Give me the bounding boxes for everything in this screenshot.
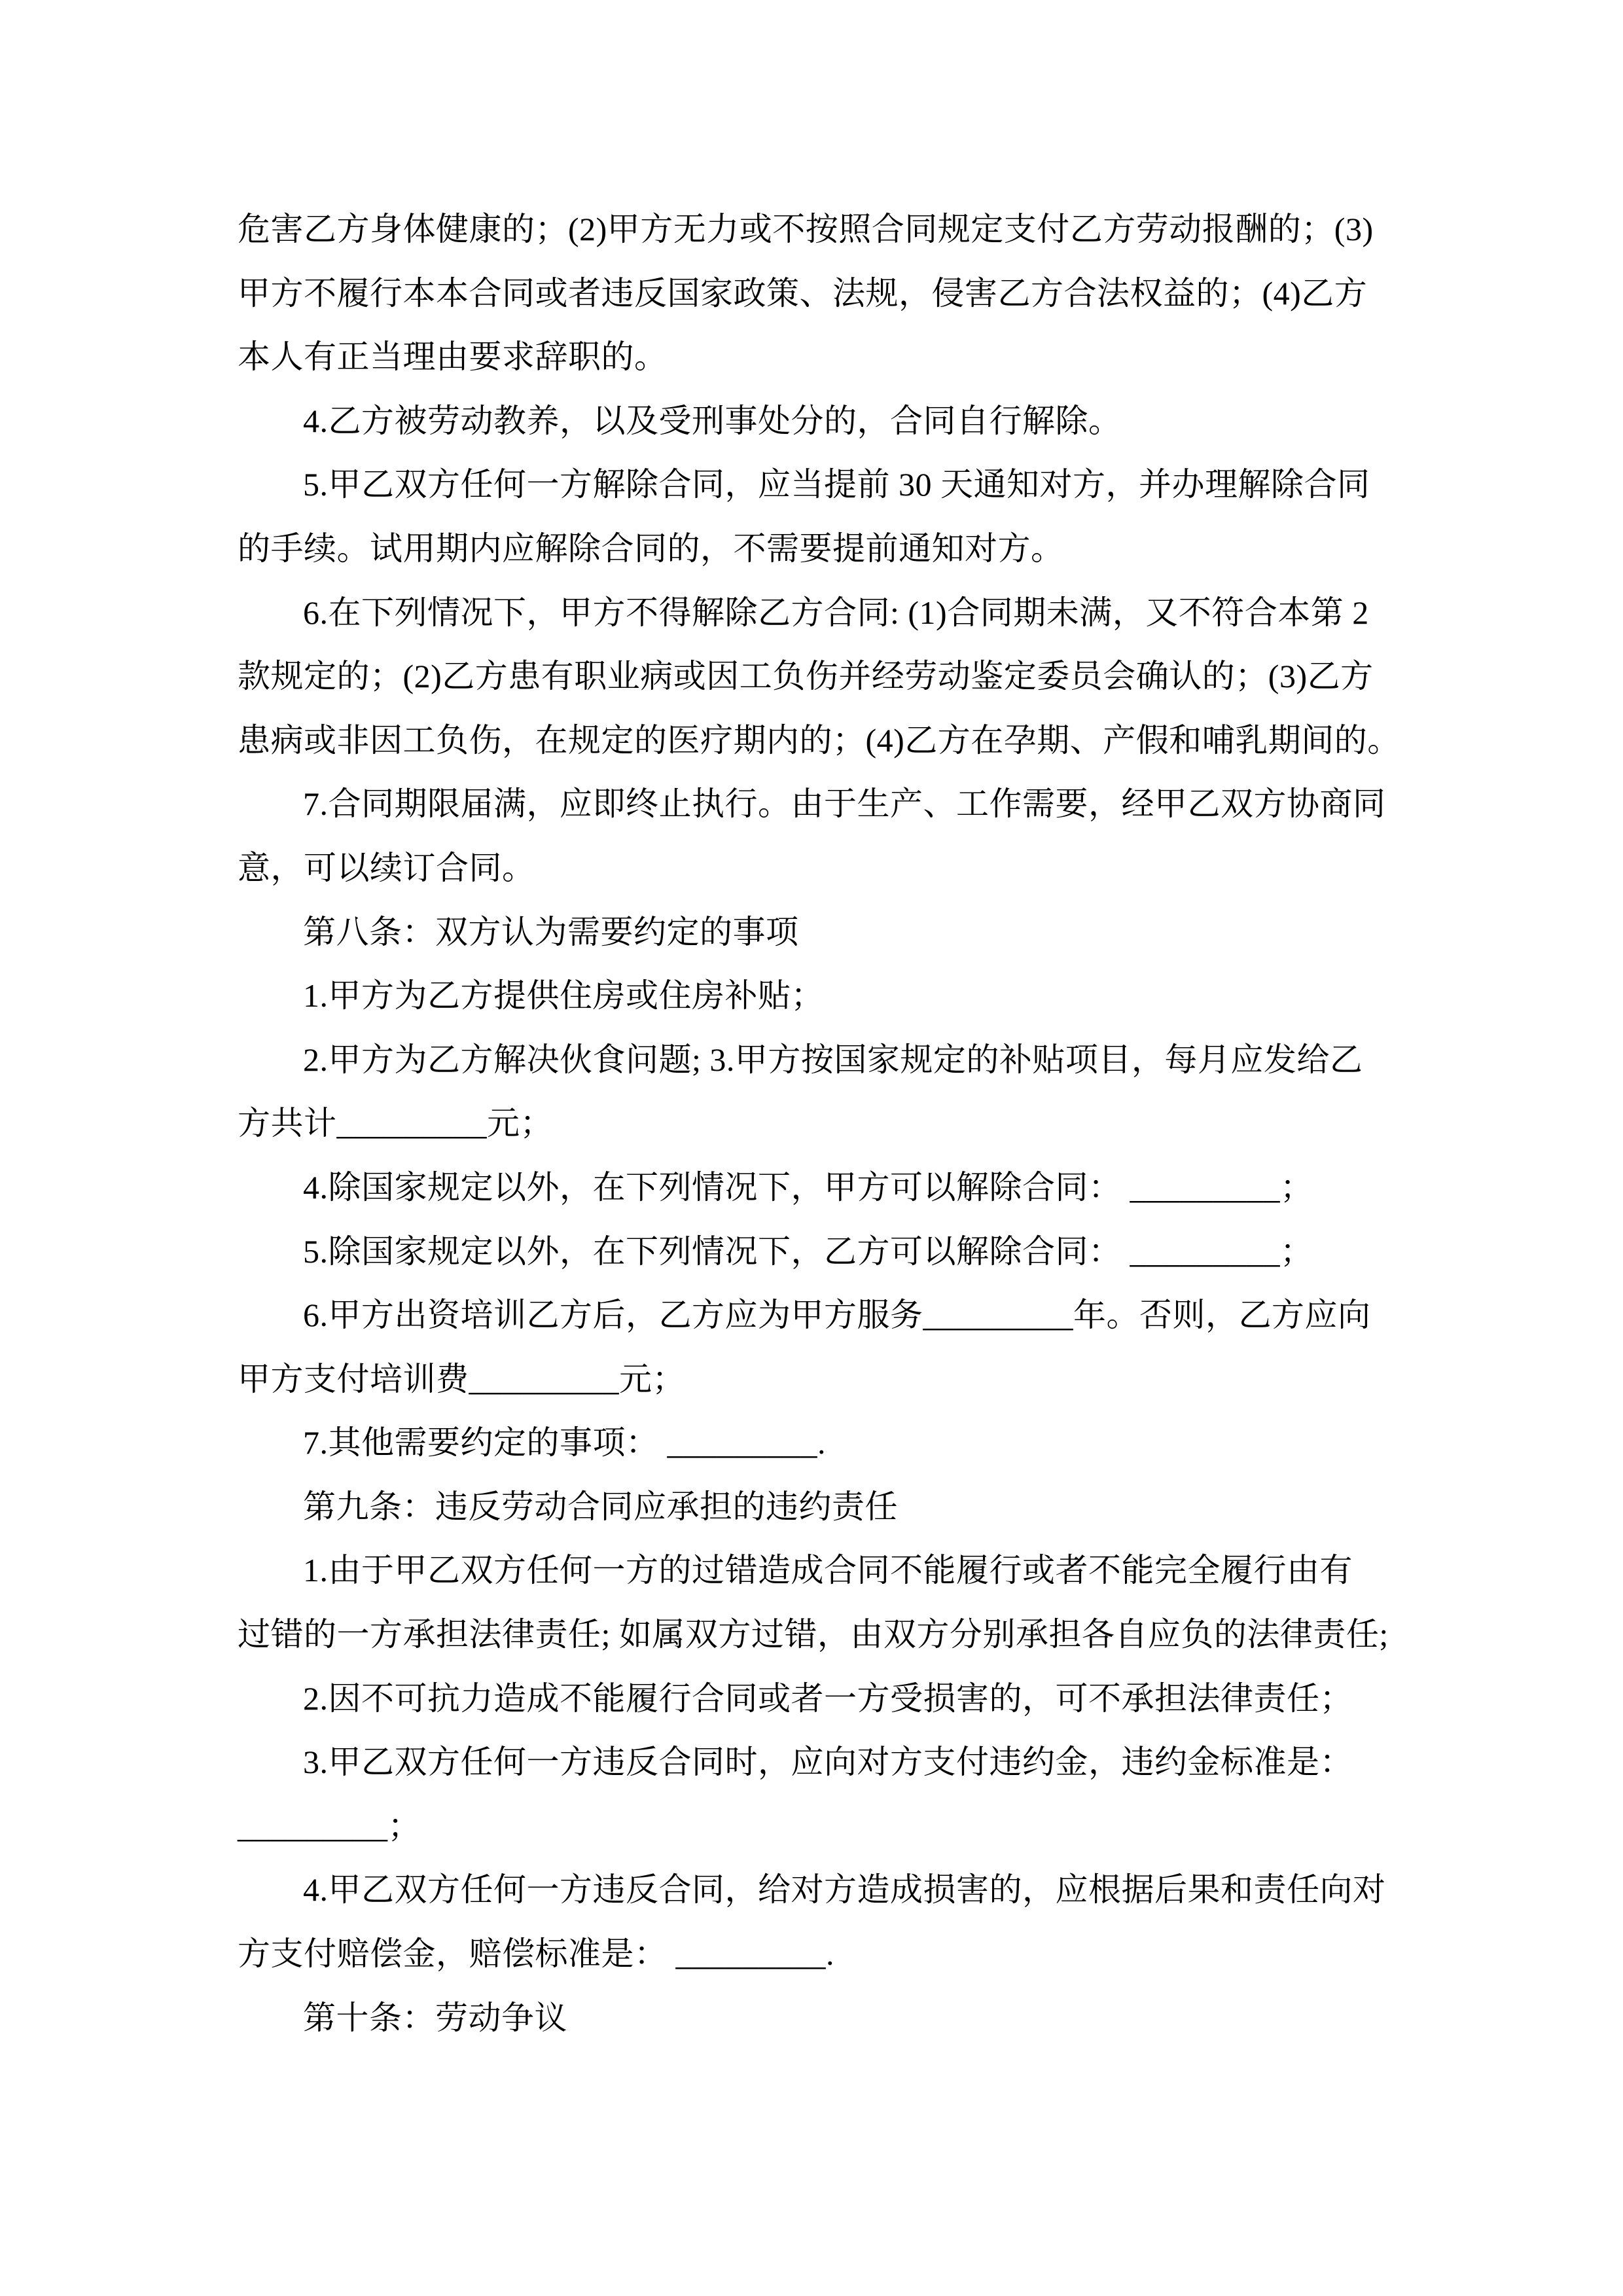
text-line: 第八条：双方认为需要约定的事项 (238, 901, 1396, 965)
contract-body-text: 危害乙方身体健康的；(2)甲方无力或不按照合同规定支付乙方劳动报酬的；(3)甲方… (238, 198, 1396, 2050)
text-line: 2.甲方为乙方解决伙食问题; 3.甲方按国家规定的补贴项目，每月应发给乙 (238, 1028, 1396, 1092)
contract-document-page: 危害乙方身体健康的；(2)甲方无力或不按照合同规定支付乙方劳动报酬的；(3)甲方… (0, 0, 1623, 2296)
text-line: 4.除国家规定以外，在下列情况下，甲方可以解除合同： _________； (238, 1156, 1396, 1220)
text-line: 4.乙方被劳动教养，以及受刑事处分的，合同自行解除。 (238, 389, 1396, 454)
text-line: 第十条：劳动争议 (238, 1986, 1396, 2051)
text-line: 1.甲方为乙方提供住房或住房补贴； (238, 964, 1396, 1028)
text-line: 方共计_________元； (238, 1092, 1396, 1156)
text-line: 3.甲乙双方任何一方违反合同时，应向对方支付违约金，违约金标准是： (238, 1731, 1396, 1795)
text-line: 6.甲方出资培训乙方后，乙方应为甲方服务_________年。否则，乙方应向 (238, 1283, 1396, 1348)
text-line: 过错的一方承担法律责任; 如属双方过错，由双方分别承担各自应负的法律责任; (238, 1603, 1396, 1667)
text-line: 4.甲乙双方任何一方违反合同，给对方造成损害的，应根据后果和责任向对 (238, 1858, 1396, 1922)
text-line: 危害乙方身体健康的；(2)甲方无力或不按照合同规定支付乙方劳动报酬的；(3) (238, 198, 1396, 262)
text-line: 甲方不履行本本合同或者违反国家政策、法规，侵害乙方合法权益的；(4)乙方 (238, 262, 1396, 326)
text-line: 5.甲乙双方任何一方解除合同，应当提前 30 天通知对方，并办理解除合同 (238, 453, 1396, 517)
text-line: 2.因不可抗力造成不能履行合同或者一方受损害的，可不承担法律责任； (238, 1667, 1396, 1731)
text-line: 1.由于甲乙双方任何一方的过错造成合同不能履行或者不能完全履行由有 (238, 1539, 1396, 1603)
text-line: 意，可以续订合同。 (238, 836, 1396, 901)
text-line: 甲方支付培训费_________元； (238, 1348, 1396, 1412)
text-line: 方支付赔偿金，赔偿标准是： _________. (238, 1922, 1396, 1986)
text-line: 款规定的；(2)乙方患有职业病或因工负伤并经劳动鉴定委员会确认的；(3)乙方 (238, 645, 1396, 709)
text-line: 本人有正当理由要求辞职的。 (238, 325, 1396, 389)
text-line: 6.在下列情况下，甲方不得解除乙方合同: (1)合同期未满，又不符合本第 2 (238, 581, 1396, 645)
text-line: 的手续。试用期内应解除合同的，不需要提前通知对方。 (238, 517, 1396, 581)
text-line: 患病或非因工负伤，在规定的医疗期内的；(4)乙方在孕期、产假和哺乳期间的。 (238, 709, 1396, 773)
text-line: 7.合同期限届满，应即终止执行。由于生产、工作需要，经甲乙双方协商同 (238, 772, 1396, 836)
text-line: 7.其他需要约定的事项： _________. (238, 1411, 1396, 1475)
text-line: 第九条：违反劳动合同应承担的违约责任 (238, 1475, 1396, 1539)
text-line: _________； (238, 1795, 1396, 1859)
text-line: 5.除国家规定以外，在下列情况下，乙方可以解除合同： _________； (238, 1220, 1396, 1284)
